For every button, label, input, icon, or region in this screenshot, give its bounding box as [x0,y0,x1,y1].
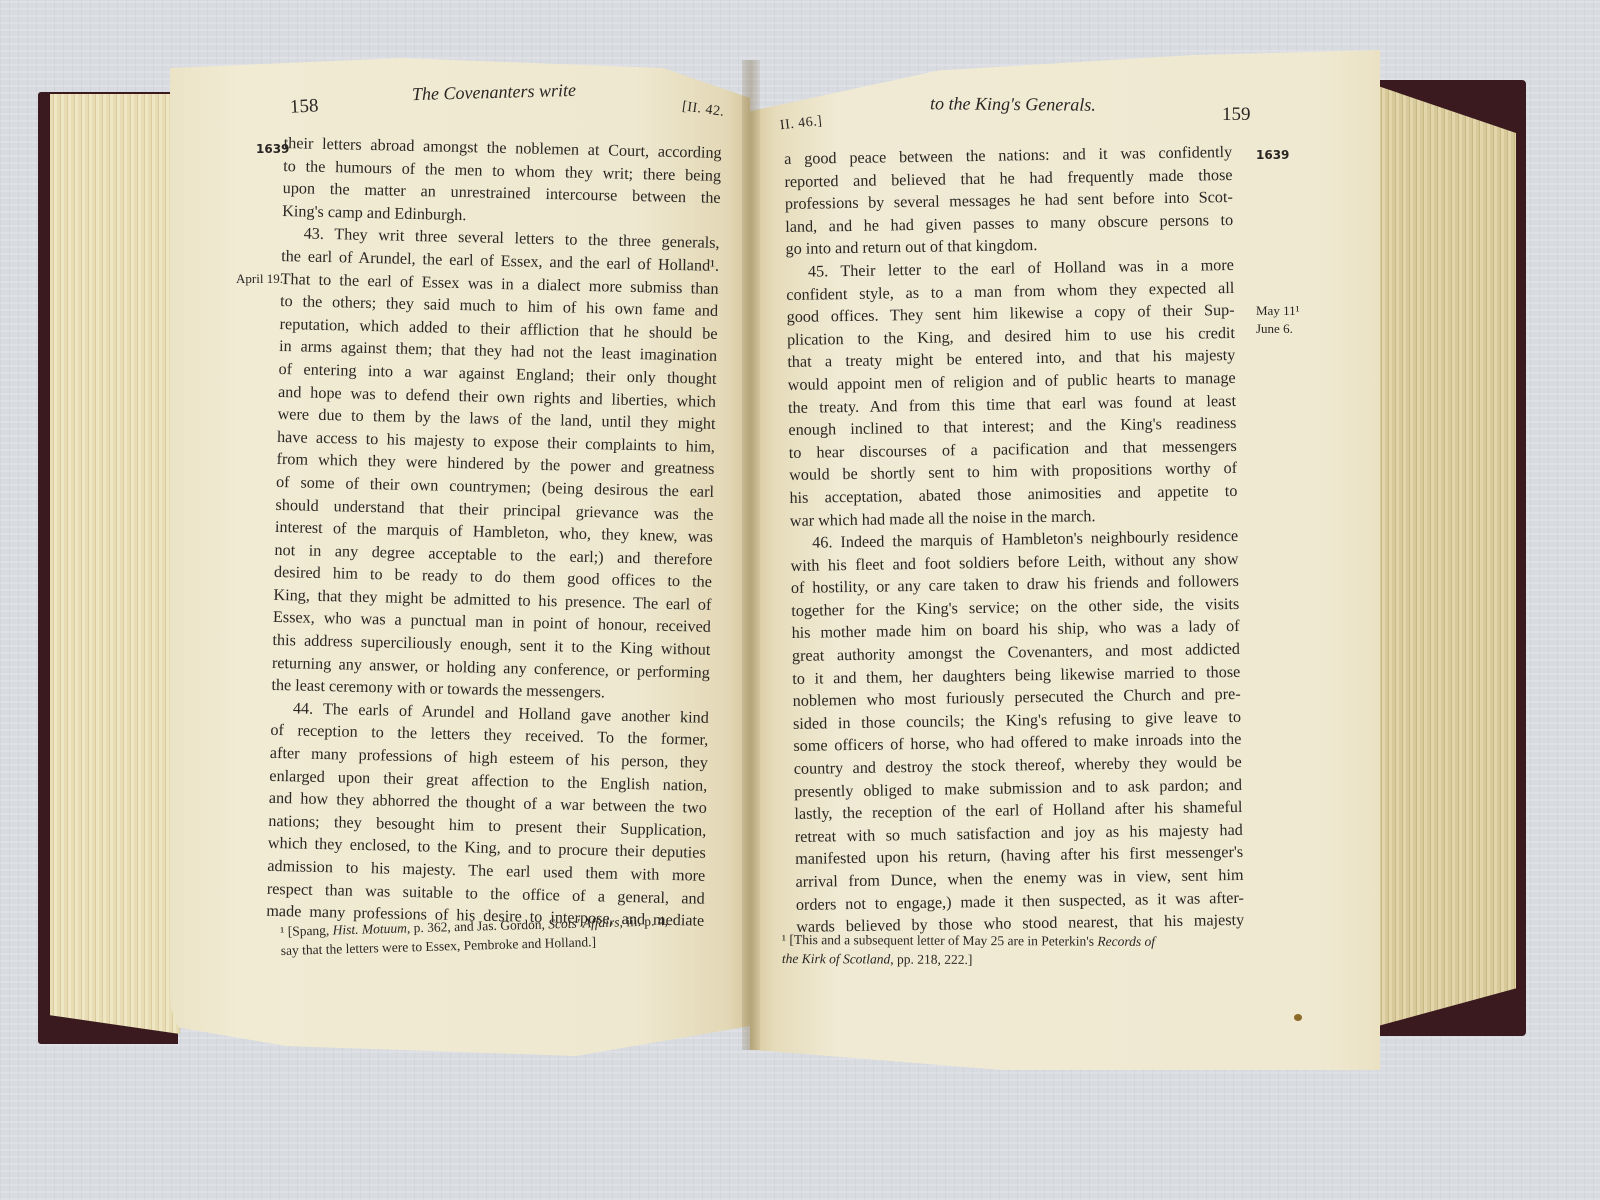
ink-blot [1294,1014,1302,1021]
footnote-title: Scots' Affairs [548,915,620,932]
footnote-marker: ¹ [280,924,284,939]
right-margin-year: 1639 [1256,146,1289,164]
right-footnote: ¹ [This and a subsequent letter of May 2… [782,930,1232,970]
page-edges-left [50,94,180,1034]
left-margin-date: April 19. [236,270,283,288]
left-page-number: 158 [289,95,319,118]
page-edges-right [1378,86,1516,1026]
right-page-body: a good peace between the nations: and it… [784,141,1244,939]
footnote-title: Hist. Motuum [332,920,407,937]
left-page-body: their letters abroad amongst the nobleme… [266,132,722,933]
right-page-number: 159 [1222,104,1251,126]
book-gutter [742,60,760,1050]
footnote-marker: ¹ [782,932,786,947]
footnote-title: the Kirk of Scotland [782,951,890,967]
left-running-head: The Covenanters write [412,80,576,105]
footnote-title: Records of [1097,934,1155,949]
right-margin-date: May 11¹ June 6. [1256,302,1300,338]
right-running-head: to the King's Generals. [930,93,1096,115]
